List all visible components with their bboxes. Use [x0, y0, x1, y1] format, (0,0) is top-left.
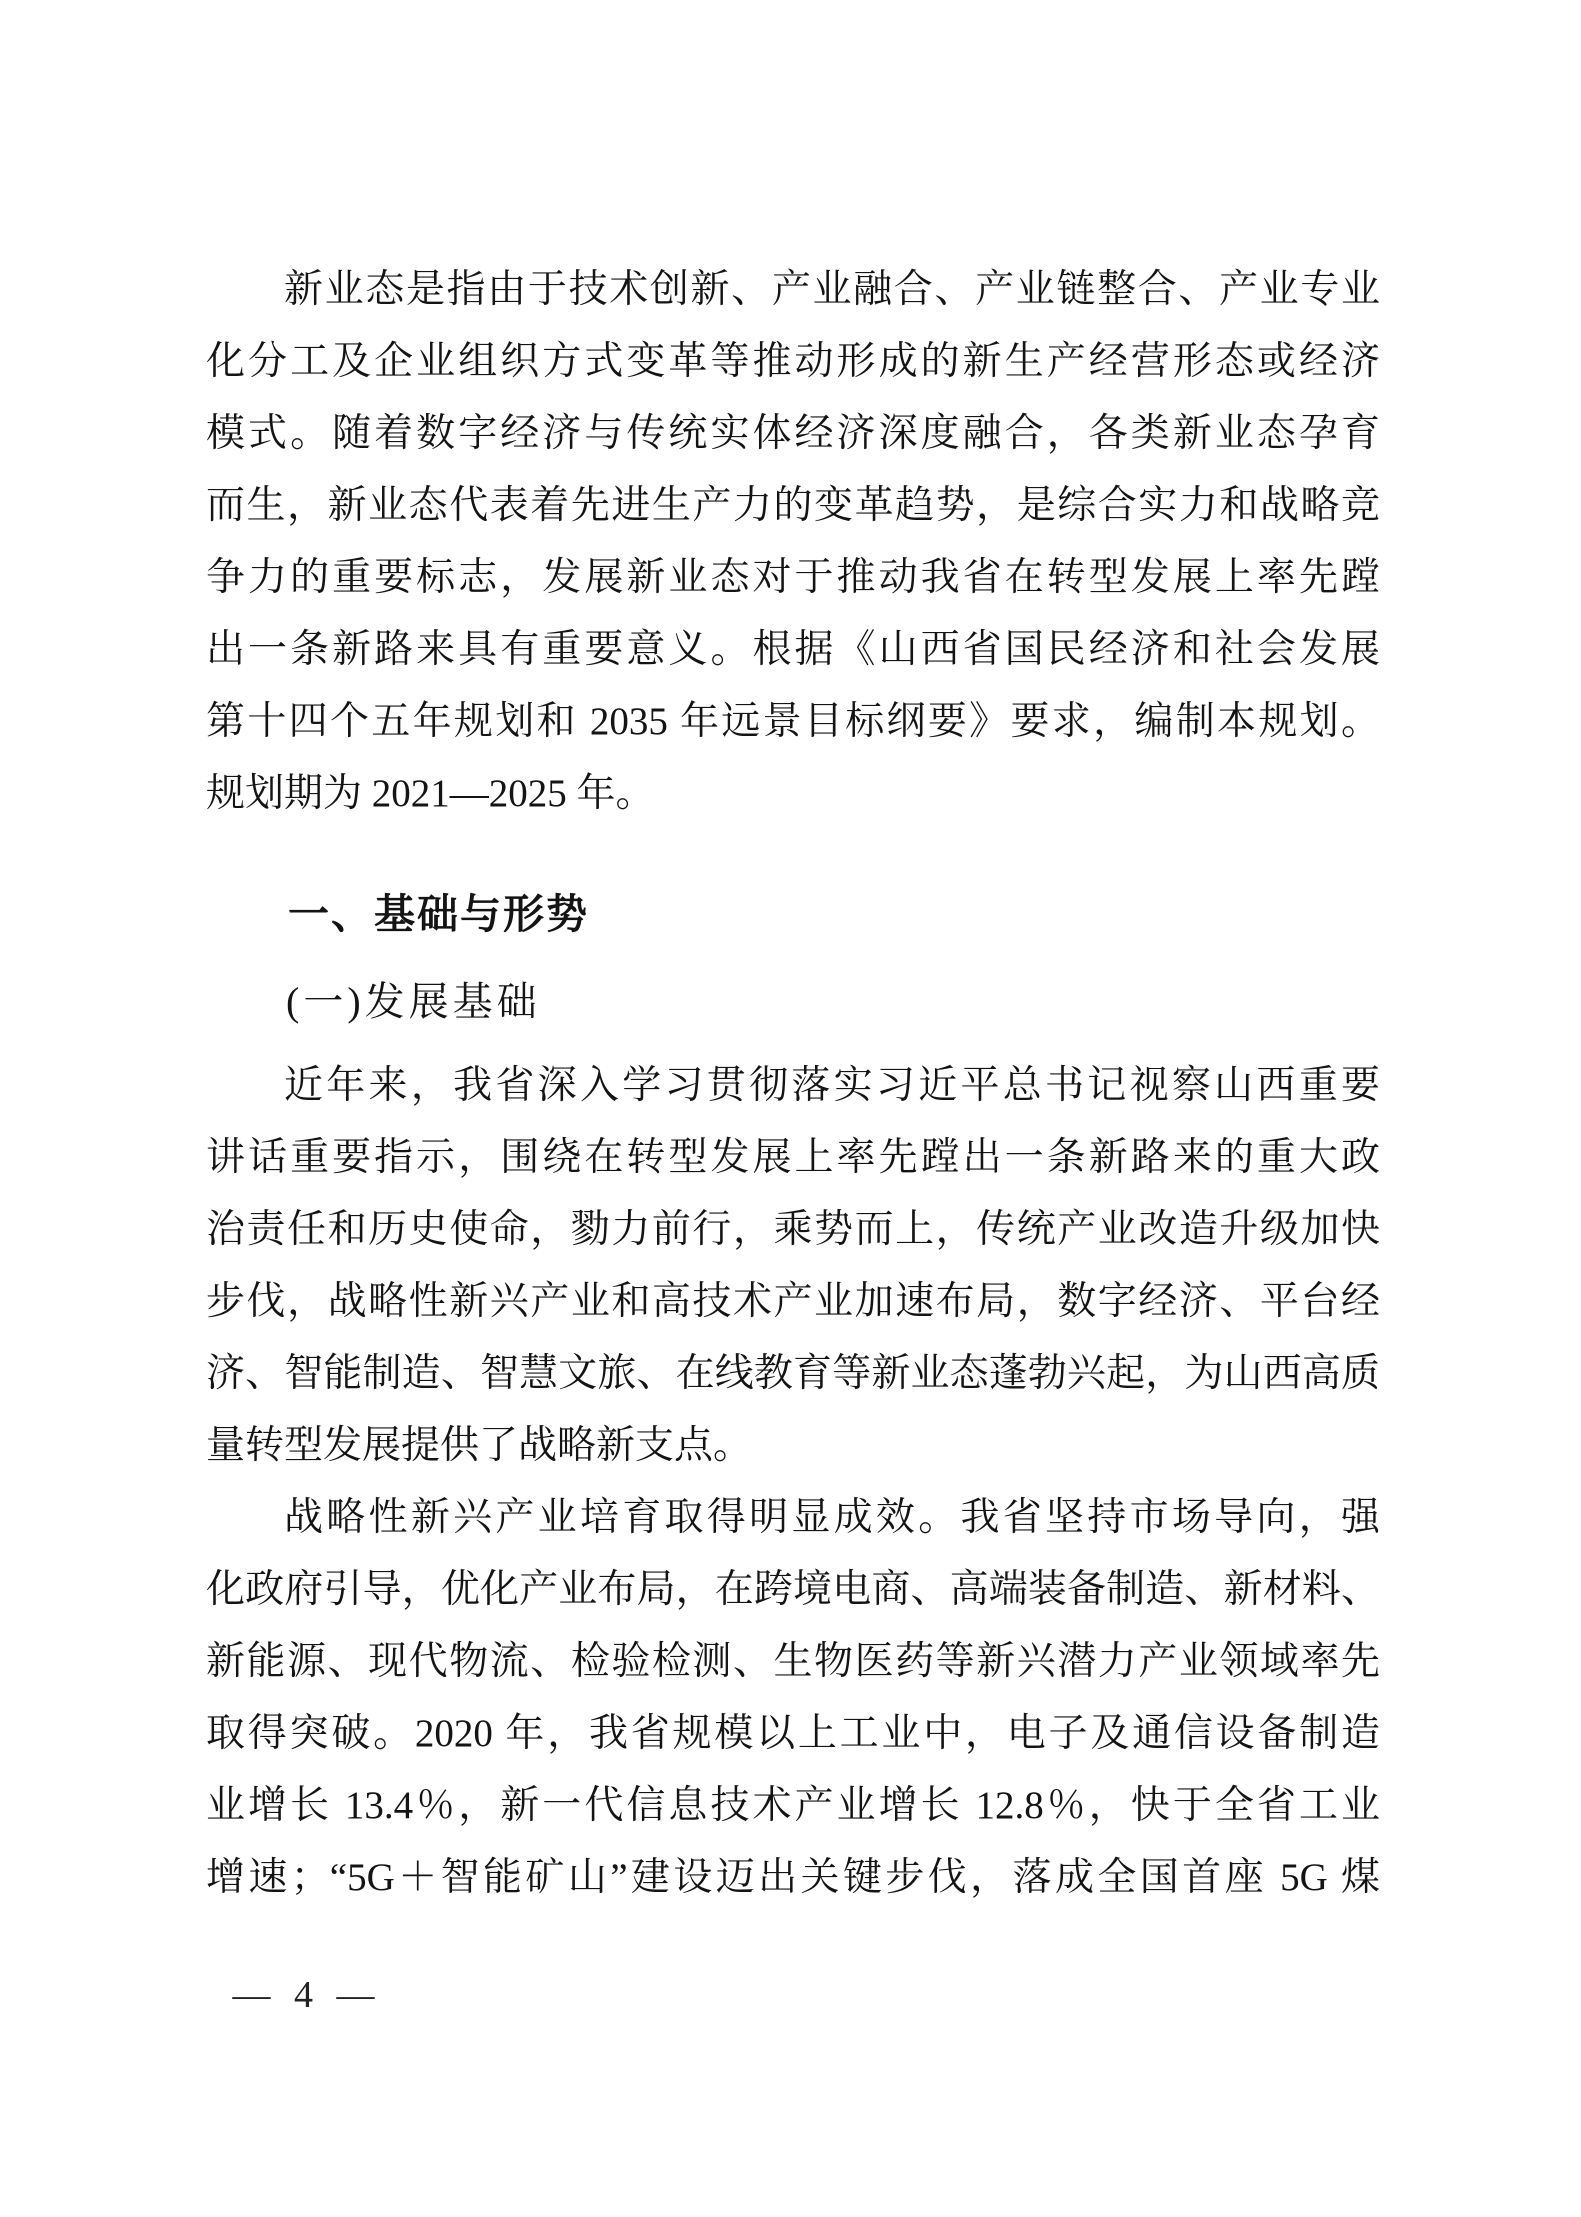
- text-line: 化政府引导，优化产业布局，在跨境电商、高端装备制造、新材料、: [206, 1554, 1380, 1626]
- text-line: 出一条新路来具有重要意义。根据《山西省国民经济和社会发展: [206, 614, 1380, 686]
- text-line: 治责任和历史使命，勠力前行，乘势而上，传统产业改造升级加快: [206, 1194, 1380, 1266]
- text-line: 业增长 13.4％，新一代信息技术产业增长 12.8％，快于全省工业: [206, 1770, 1380, 1842]
- text-line: 增速；“5G＋智能矿山”建设迈出关键步伐，落成全国首座 5G 煤: [206, 1842, 1380, 1914]
- intro-paragraph: 新业态是指由于技术创新、产业融合、产业链整合、产业专业化分工及企业组织方式变革等…: [206, 254, 1380, 830]
- section-heading: 一、基础与形势: [206, 878, 1380, 950]
- text-line: 争力的重要标志，发展新业态对于推动我省在转型发展上率先蹚: [206, 542, 1380, 614]
- text-line: 第十四个五年规划和 2035 年远景目标纲要》要求，编制本规划。: [206, 686, 1380, 758]
- text-line: 而生，新业态代表着先进生产力的变革趋势，是综合实力和战略竞: [206, 470, 1380, 542]
- text-line: 新业态是指由于技术创新、产业融合、产业链整合、产业专业: [206, 254, 1380, 326]
- text-line: 济、智能制造、智慧文旅、在线教育等新业态蓬勃兴起，为山西高质: [206, 1338, 1380, 1410]
- page-footer: — 4 —: [206, 1975, 401, 2017]
- text-line: 近年来，我省深入学习贯彻落实习近平总书记视察山西重要: [206, 1050, 1380, 1122]
- industry-paragraph: 战略性新兴产业培育取得明显成效。我省坚持市场导向，强化政府引导，优化产业布局，在…: [206, 1482, 1380, 1914]
- document-page: 新业态是指由于技术创新、产业融合、产业链整合、产业专业化分工及企业组织方式变革等…: [0, 0, 1581, 2217]
- text-line: 步伐，战略性新兴产业和高技术产业加速布局，数字经济、平台经: [206, 1266, 1380, 1338]
- development-paragraph: 近年来，我省深入学习贯彻落实习近平总书记视察山西重要讲话重要指示，围绕在转型发展…: [206, 1050, 1380, 1482]
- text-line: 战略性新兴产业培育取得明显成效。我省坚持市场导向，强: [206, 1482, 1380, 1554]
- text-line: 模式。随着数字经济与传统实体经济深度融合，各类新业态孕育: [206, 398, 1380, 470]
- text-line: 规划期为 2021—2025 年。: [206, 758, 1380, 830]
- text-line: 量转型发展提供了战略新支点。: [206, 1410, 1380, 1482]
- text-line: 化分工及企业组织方式变革等推动形成的新生产经营形态或经济: [206, 326, 1380, 398]
- page-content: 新业态是指由于技术创新、产业融合、产业链整合、产业专业化分工及企业组织方式变革等…: [206, 0, 1380, 1914]
- text-line: 新能源、现代物流、检验检测、生物医药等新兴潜力产业领域率先: [206, 1626, 1380, 1698]
- text-line: 讲话重要指示，围绕在转型发展上率先蹚出一条新路来的重大政: [206, 1122, 1380, 1194]
- text-line: 取得突破。2020 年，我省规模以上工业中，电子及通信设备制造: [206, 1698, 1380, 1770]
- subsection-heading: (一)发展基础: [206, 966, 1380, 1038]
